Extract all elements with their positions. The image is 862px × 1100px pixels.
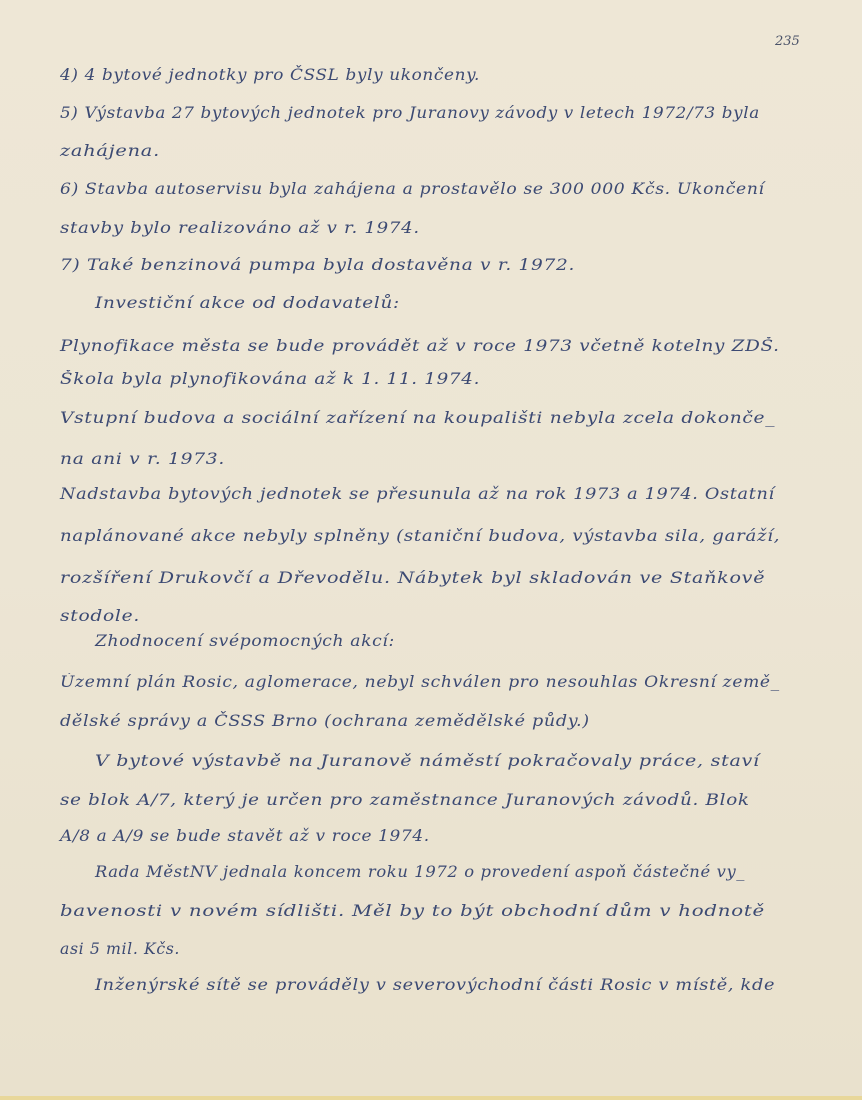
handwritten-line: asi 5 mil. Kčs. <box>60 940 180 958</box>
handwritten-line: Rada MěstNV jednala koncem roku 1972 o p… <box>95 863 745 881</box>
handwritten-line: Inženýrské sítě se prováděly v severovýc… <box>95 976 775 994</box>
handwritten-line: Nadstavba bytových jednotek se přesunula… <box>60 485 775 503</box>
handwritten-line: stavby bylo realizováno až v r. 1974. <box>60 219 420 237</box>
handwritten-line: 6) Stavba autoservisu byla zahájena a pr… <box>60 180 765 198</box>
handwritten-line: dělské správy a ČSSS Brno (ochrana zeměd… <box>60 712 590 730</box>
handwritten-line: bavenosti v novém sídlišti. Měl by to bý… <box>60 902 765 920</box>
handwritten-line: stodole. <box>60 607 140 625</box>
handwritten-line: Škola byla plynofikována až k 1. 11. 197… <box>60 370 480 388</box>
handwritten-line: naplánované akce nebyly splněny (staničn… <box>60 527 780 545</box>
handwritten-line: Vstupní budova a sociální zařízení na ko… <box>60 409 775 427</box>
handwritten-page: 235 4) 4 bytové jednotky pro ČSSL byly u… <box>0 0 862 1100</box>
handwritten-line: Plynofikace města se bude provádět až v … <box>60 337 780 355</box>
handwritten-line: Zhodnocení svépomocných akcí: <box>95 632 395 650</box>
page-edge <box>0 1096 862 1100</box>
handwritten-line: A/8 a A/9 se bude stavět až v roce 1974. <box>60 827 430 845</box>
handwritten-line: 4) 4 bytové jednotky pro ČSSL byly ukonč… <box>60 66 480 84</box>
handwritten-line: rozšíření Drukovčí a Dřevodělu. Nábytek … <box>60 569 765 587</box>
handwritten-line: 5) Výstavba 27 bytových jednotek pro Jur… <box>60 104 760 122</box>
handwritten-line: se blok A/7, který je určen pro zaměstna… <box>60 791 750 809</box>
page-number: 235 <box>775 34 800 49</box>
handwritten-line: na ani v r. 1973. <box>60 450 225 468</box>
handwritten-line: Územní plán Rosic, aglomerace, nebyl sch… <box>60 673 780 691</box>
handwritten-line: 7) Také benzinová pumpa byla dostavěna v… <box>60 256 575 274</box>
handwritten-line: V bytové výstavbě na Juranově náměstí po… <box>95 752 760 770</box>
handwritten-line: Investiční akce od dodavatelů: <box>95 294 400 312</box>
handwritten-line: zahájena. <box>60 142 160 160</box>
